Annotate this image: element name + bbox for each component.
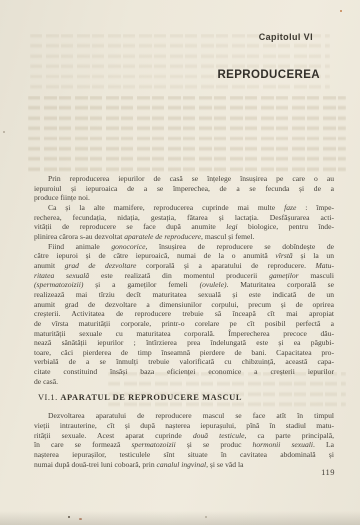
text-line: citate constituind însăși baza eficiențe…	[34, 367, 334, 377]
text-line: rității sexuale. Acest aparat cuprinde d…	[34, 431, 334, 441]
text-line: creșterii. Activitatea de reproducere tr…	[34, 309, 334, 319]
text-line: de vîrsta maturității corporale, printr-…	[34, 319, 334, 329]
section-paragraphs: Dezvoltarea aparatului de reproducere ma…	[34, 411, 334, 469]
paper-speck	[340, 10, 342, 12]
text-line: Fiind animale gonocorice, însușirea de r…	[34, 242, 334, 252]
text-line: nașterea iepurașilor, testiculele sînt s…	[34, 450, 334, 460]
text-line: vieții intrauterine, cît și după naștere…	[34, 421, 334, 431]
body-text: Prin reproducerea iepurilor de casă se î…	[34, 174, 334, 469]
page-bleedthrough-top	[30, 34, 330, 94]
text-line: nează sănătății iepurilor ; întîrzierea …	[34, 338, 334, 348]
text-line: realizează mai tîrziu decît maturitatea …	[34, 290, 334, 300]
text-line: numai după două-trei luni coboară, prin …	[34, 460, 334, 470]
paragraph: Prin reproducerea iepurilor de casă se î…	[34, 174, 334, 203]
paper-speck	[3, 131, 5, 133]
text-line: anumit grad de dezvoltare corporală și a…	[34, 261, 334, 271]
text-line: iepuroiul și iepuroaica de a se împerech…	[34, 184, 334, 194]
text-line: maturității sexuale cu maturitatea corpo…	[34, 329, 334, 339]
text-line: plinirea cărora s-au dezvoltat aparatele…	[34, 232, 334, 242]
section-heading: VI.1. APARATUL DE REPRODUCERE MASCUL	[38, 393, 334, 403]
text-line: către iepuroi și de către iepuroaică, nu…	[34, 251, 334, 261]
text-line: Ca și la alte mamifere, reproducerea cup…	[34, 203, 334, 213]
text-line: Prin reproducerea iepurilor de casă se î…	[34, 174, 334, 184]
text-line: recherea, fecundația, nidația, gestația,…	[34, 213, 334, 223]
text-line: de casă.	[34, 377, 334, 387]
paragraph: Dezvoltarea aparatului de reproducere ma…	[34, 411, 334, 469]
page-number: 119	[321, 467, 335, 477]
text-line: produce ființe noi.	[34, 193, 334, 203]
paragraph: Ca și la alte mamifere, reproducerea cup…	[34, 203, 334, 242]
intro-paragraphs: Prin reproducerea iepurilor de casă se î…	[34, 174, 334, 386]
text-line: toare, căci pierderea de timp înseamnă p…	[34, 348, 334, 358]
page-title: REPRODUCEREA	[217, 69, 320, 81]
text-line: anumit grad de dezvoltare a dimensiunilo…	[34, 300, 334, 310]
page-bleedthrough-upper	[28, 96, 346, 172]
page-edge-shadow	[0, 511, 360, 525]
text-line: (spermatozoizii) și a gameților femeli (…	[34, 280, 334, 290]
book-page: Capitolul VI REPRODUCEREA Prin reproduce…	[0, 0, 360, 525]
text-line: ritatea sexuală este realizată din momen…	[34, 271, 334, 281]
text-line: verbială de a se înmulți trebuie valorif…	[34, 357, 334, 367]
text-line: în care se formează spermatozoizii și se…	[34, 440, 334, 450]
text-line: Dezvoltarea aparatului de reproducere ma…	[34, 411, 334, 421]
paragraph: Fiind animale gonocorice, însușirea de r…	[34, 242, 334, 387]
text-line: vității de reproducere se face după anum…	[34, 222, 334, 232]
chapter-label: Capitolul VI	[259, 32, 313, 42]
